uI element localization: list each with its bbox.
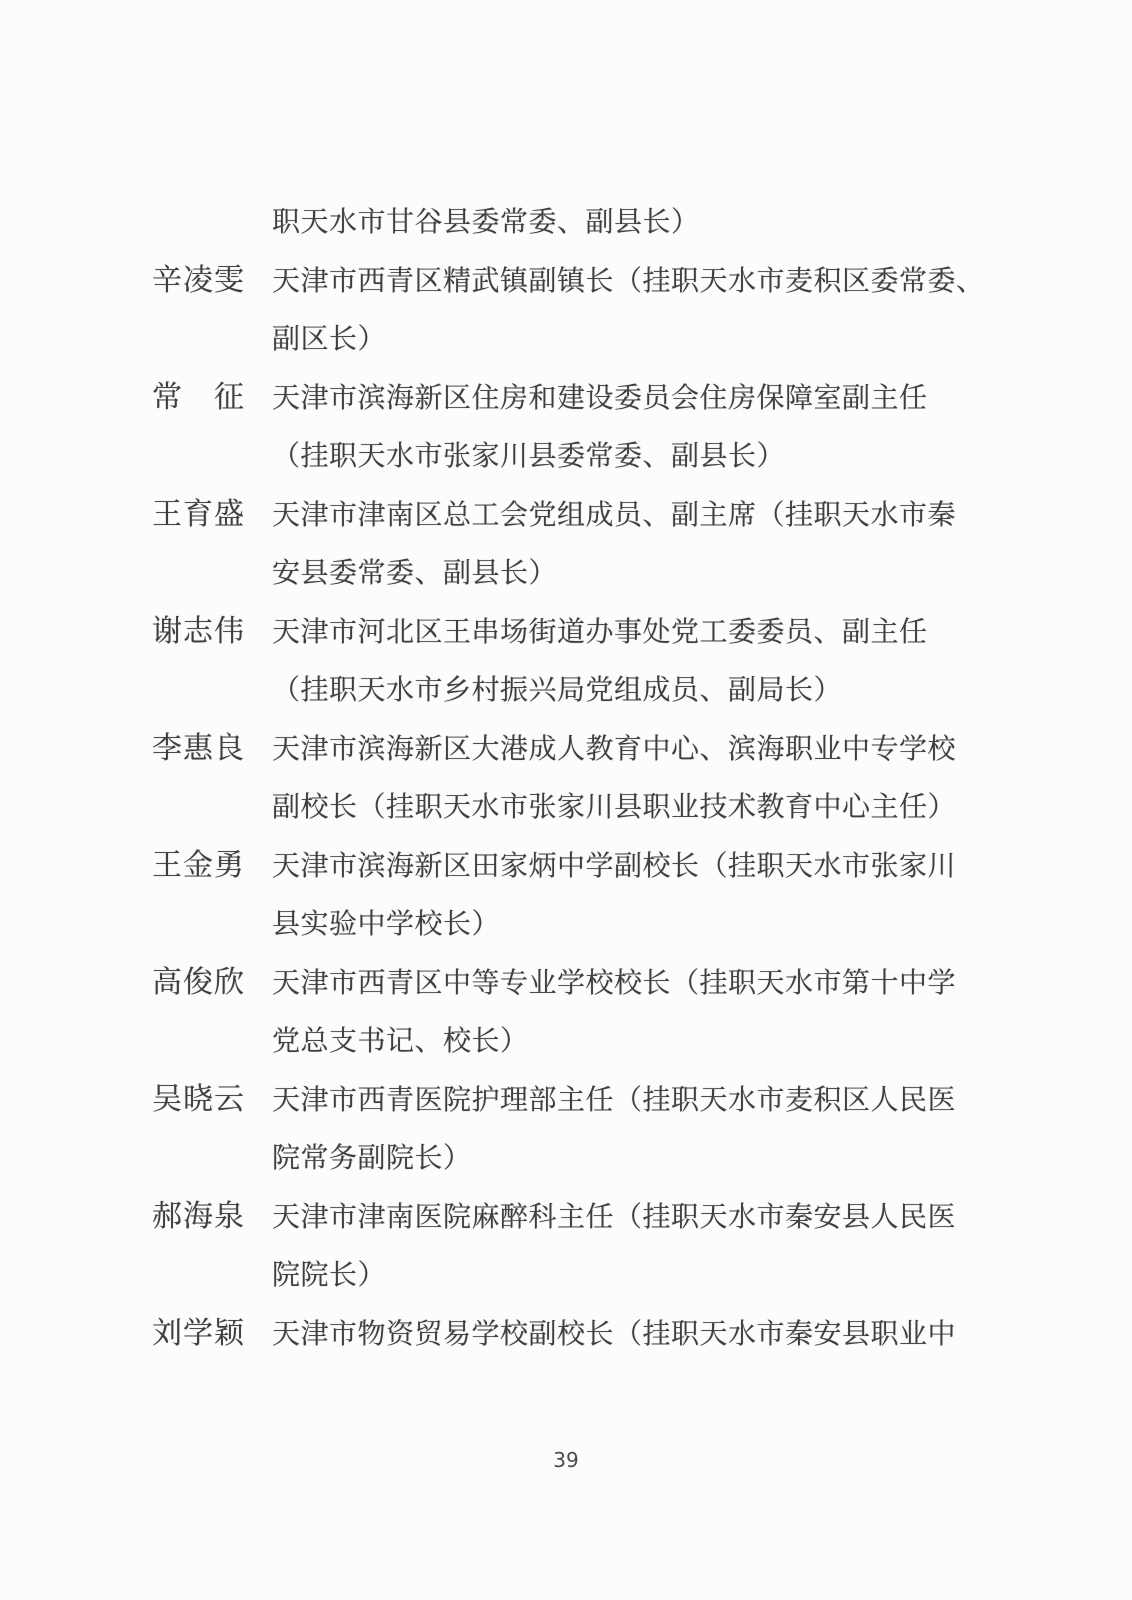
document-page: 职天水市甘谷县委常委、副县长） 辛凌雯 天津市西青区精武镇副镇长（挂职天水市麦积…	[0, 0, 1132, 1600]
list-item: 刘学颖 天津市物资贸易学校副校长（挂职天水市秦安县职业中	[152, 1305, 1000, 1364]
list-item: 郝海泉 天津市津南医院麻醉科主任（挂职天水市秦安县人民医院院长）	[152, 1188, 1000, 1305]
entry-lines: 天津市物资贸易学校副校长（挂职天水市秦安县职业中	[272, 1305, 1000, 1364]
position-line: 天津市津南区总工会党组成员、副主席（挂职天水市秦	[272, 486, 1000, 545]
entry-lines: 天津市滨海新区住房和建设委员会住房保障室副主任（挂职天水市张家川县委常委、副县长…	[272, 369, 1000, 486]
entry-lines: 天津市滨海新区大港成人教育中心、滨海职业中专学校副校长（挂职天水市张家川县职业技…	[272, 720, 1000, 837]
position-line: 天津市河北区王串场街道办事处党工委委员、副主任	[272, 603, 1000, 662]
list-item: 常征 天津市滨海新区住房和建设委员会住房保障室副主任（挂职天水市张家川县委常委、…	[152, 369, 1000, 486]
person-name: 王金勇	[152, 837, 244, 896]
person-name: 郝海泉	[152, 1188, 244, 1247]
list-item: 高俊欣 天津市西青区中等专业学校校长（挂职天水市第十中学党总支书记、校长）	[152, 954, 1000, 1071]
entry-list: 职天水市甘谷县委常委、副县长） 辛凌雯 天津市西青区精武镇副镇长（挂职天水市麦积…	[152, 193, 1000, 1363]
person-name: 刘学颖	[152, 1305, 244, 1364]
position-line: 安县委常委、副县长）	[272, 544, 1000, 603]
person-name: 李惠良	[152, 720, 244, 779]
person-name: 高俊欣	[152, 954, 244, 1013]
position-line: 院常务副院长）	[272, 1129, 1000, 1188]
list-item: 辛凌雯 天津市西青区精武镇副镇长（挂职天水市麦积区委常委、副区长）	[152, 252, 1000, 369]
entry-lines: 天津市河北区王串场街道办事处党工委委员、副主任（挂职天水市乡村振兴局党组成员、副…	[272, 603, 1000, 720]
list-item: 吴晓云 天津市西青医院护理部主任（挂职天水市麦积区人民医院常务副院长）	[152, 1071, 1000, 1188]
person-name: 辛凌雯	[152, 252, 244, 311]
position-line: 天津市物资贸易学校副校长（挂职天水市秦安县职业中	[272, 1305, 1000, 1364]
person-name: 王育盛	[152, 486, 244, 545]
list-item: 谢志伟 天津市河北区王串场街道办事处党工委委员、副主任（挂职天水市乡村振兴局党组…	[152, 603, 1000, 720]
entry-lines: 职天水市甘谷县委常委、副县长）	[272, 193, 1000, 252]
position-line: 天津市滨海新区住房和建设委员会住房保障室副主任	[272, 369, 1000, 428]
entry-lines: 天津市滨海新区田家炳中学副校长（挂职天水市张家川县实验中学校长）	[272, 837, 1000, 954]
position-line: 院院长）	[272, 1246, 1000, 1305]
person-name: 吴晓云	[152, 1071, 244, 1130]
position-line: 县实验中学校长）	[272, 895, 1000, 954]
list-item: 李惠良 天津市滨海新区大港成人教育中心、滨海职业中专学校副校长（挂职天水市张家川…	[152, 720, 1000, 837]
position-line: 天津市滨海新区田家炳中学副校长（挂职天水市张家川	[272, 837, 1000, 896]
list-item: 王金勇 天津市滨海新区田家炳中学副校长（挂职天水市张家川县实验中学校长）	[152, 837, 1000, 954]
position-line: 天津市西青区中等专业学校校长（挂职天水市第十中学	[272, 954, 1000, 1013]
position-line: 天津市西青区精武镇副镇长（挂职天水市麦积区委常委、	[272, 252, 1000, 311]
entry-lines: 天津市西青区中等专业学校校长（挂职天水市第十中学党总支书记、校长）	[272, 954, 1000, 1071]
position-line: （挂职天水市乡村振兴局党组成员、副局长）	[272, 661, 1000, 720]
position-line: 副区长）	[272, 310, 1000, 369]
list-item: 王育盛 天津市津南区总工会党组成员、副主席（挂职天水市秦安县委常委、副县长）	[152, 486, 1000, 603]
position-line: 职天水市甘谷县委常委、副县长）	[272, 193, 1000, 252]
list-item: 职天水市甘谷县委常委、副县长）	[152, 193, 1000, 252]
person-name: 谢志伟	[152, 603, 244, 662]
entry-lines: 天津市津南医院麻醉科主任（挂职天水市秦安县人民医院院长）	[272, 1188, 1000, 1305]
page-number: 39	[0, 1448, 1132, 1472]
entry-lines: 天津市津南区总工会党组成员、副主席（挂职天水市秦安县委常委、副县长）	[272, 486, 1000, 603]
position-line: 天津市滨海新区大港成人教育中心、滨海职业中专学校	[272, 720, 1000, 779]
position-line: 党总支书记、校长）	[272, 1012, 1000, 1071]
entry-lines: 天津市西青医院护理部主任（挂职天水市麦积区人民医院常务副院长）	[272, 1071, 1000, 1188]
person-name: 常征	[152, 369, 244, 428]
position-line: 天津市津南医院麻醉科主任（挂职天水市秦安县人民医	[272, 1188, 1000, 1247]
entry-lines: 天津市西青区精武镇副镇长（挂职天水市麦积区委常委、副区长）	[272, 252, 1000, 369]
position-line: 天津市西青医院护理部主任（挂职天水市麦积区人民医	[272, 1071, 1000, 1130]
position-line: （挂职天水市张家川县委常委、副县长）	[272, 427, 1000, 486]
position-line: 副校长（挂职天水市张家川县职业技术教育中心主任）	[272, 778, 1000, 837]
